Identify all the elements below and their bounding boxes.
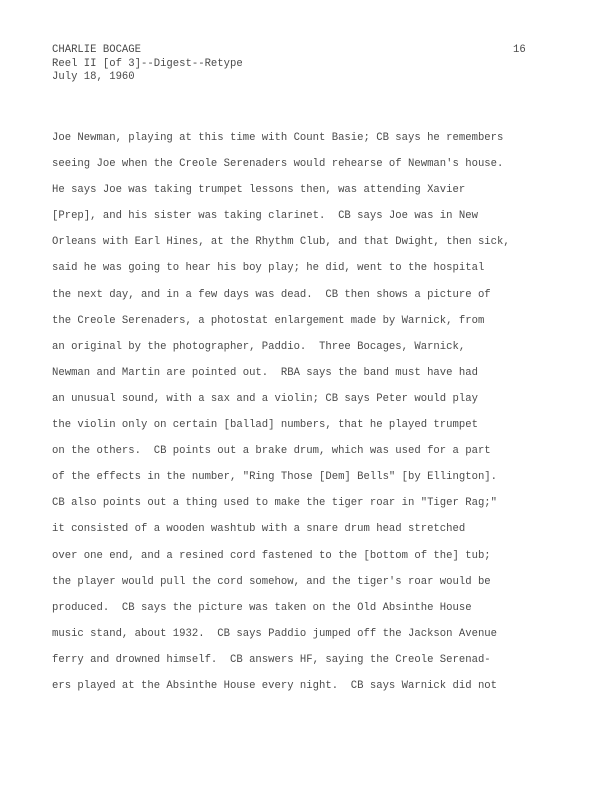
text-line: said he was going to hear his boy play; … [52,255,510,281]
text-line: CB also points out a thing used to make … [52,490,510,516]
text-line: an original by the photographer, Paddio.… [52,334,510,360]
body-text: Joe Newman, playing at this time with Co… [52,125,510,699]
text-line: the player would pull the cord somehow, … [52,569,510,595]
text-line: He says Joe was taking trumpet lessons t… [52,177,510,203]
text-line: the violin only on certain [ballad] numb… [52,412,510,438]
text-line: it consisted of a wooden washtub with a … [52,516,510,542]
text-line: music stand, about 1932. CB says Paddio … [52,621,510,647]
reel-info: Reel II [of 3]--Digest--Retype [52,58,243,72]
text-line: ers played at the Absinthe House every n… [52,673,510,699]
text-line: Newman and Martin are pointed out. RBA s… [52,360,510,386]
text-line: the Creole Serenaders, a photostat enlar… [52,308,510,334]
interviewee-name: CHARLIE BOCAGE [52,44,243,58]
text-line: seeing Joe when the Creole Serenaders wo… [52,151,510,177]
text-line: [Prep], and his sister was taking clarin… [52,203,510,229]
text-line: the next day, and in a few days was dead… [52,282,510,308]
document-header: CHARLIE BOCAGE Reel II [of 3]--Digest--R… [52,44,243,85]
text-line: an unusual sound, with a sax and a violi… [52,386,510,412]
interview-date: July 18, 1960 [52,71,243,85]
text-line: Joe Newman, playing at this time with Co… [52,125,510,151]
text-line: Orleans with Earl Hines, at the Rhythm C… [52,229,510,255]
text-line: on the others. CB points out a brake dru… [52,438,510,464]
text-line: of the effects in the number, "Ring Thos… [52,464,510,490]
text-line: ferry and drowned himself. CB answers HF… [52,647,510,673]
text-line: over one end, and a resined cord fastene… [52,543,510,569]
text-line: produced. CB says the picture was taken … [52,595,510,621]
page-number: 16 [513,44,526,58]
